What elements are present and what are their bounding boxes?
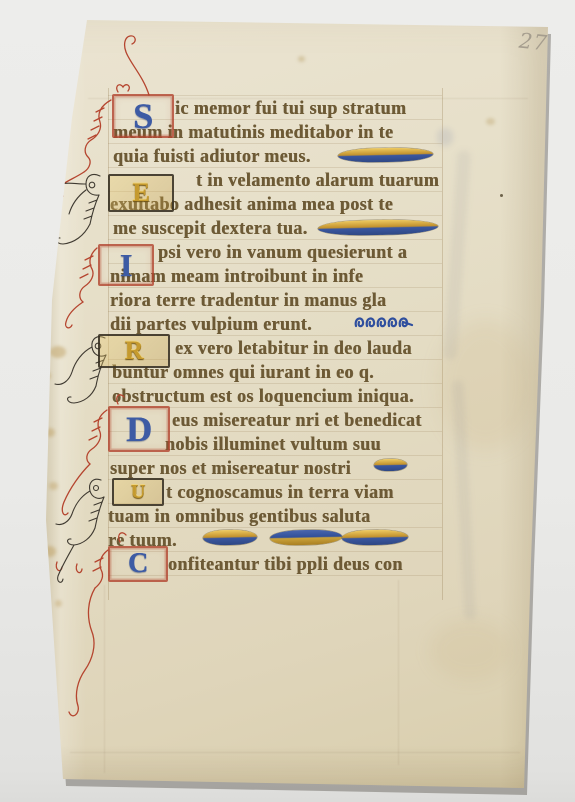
illuminated-initial-e: E bbox=[108, 174, 174, 212]
stain bbox=[42, 372, 51, 380]
illuminated-initial-d: D bbox=[108, 406, 170, 452]
illuminated-initial-s: S bbox=[112, 94, 174, 138]
manuscript-leaf: 27 bbox=[0, 0, 575, 802]
penwork-flourishes bbox=[0, 0, 575, 802]
illuminated-initial-i: I bbox=[98, 244, 154, 286]
black-penwork bbox=[55, 174, 106, 582]
illuminated-initial-r: R bbox=[98, 334, 170, 368]
illuminated-initial-u: U bbox=[112, 478, 164, 506]
photo-backdrop: 27 bbox=[0, 0, 575, 802]
illuminated-initial-c: C bbox=[108, 546, 168, 582]
